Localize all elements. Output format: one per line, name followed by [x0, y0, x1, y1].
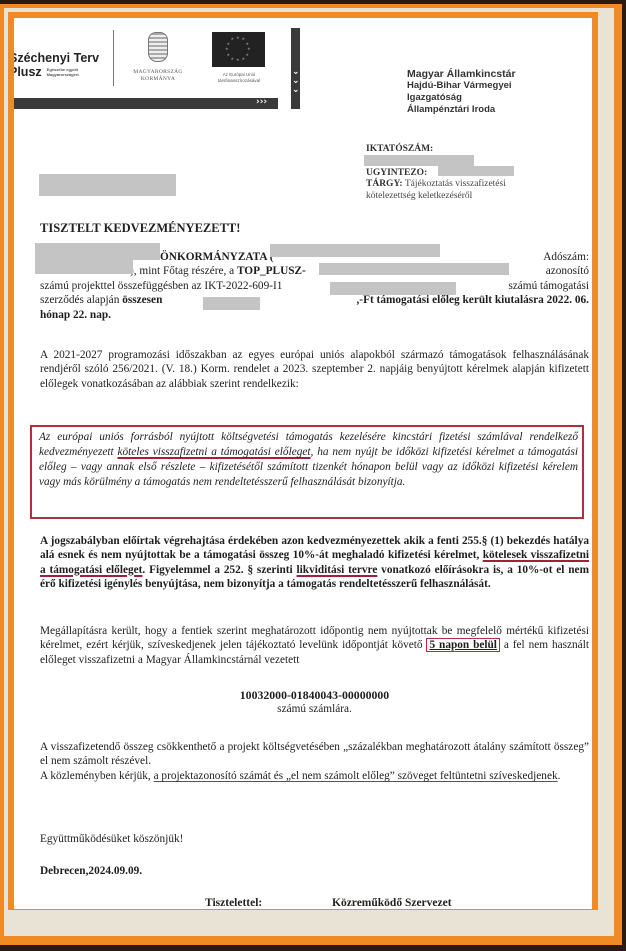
- intro-text-3: számú projekttel összefüggésben az IKT-2…: [40, 279, 282, 293]
- eu-star-icon: ★: [231, 37, 235, 41]
- redacted-tax-number: [35, 260, 133, 274]
- thanks-text: Együttműködésüket köszönjük!: [40, 832, 589, 846]
- redacted-recipient: [39, 174, 176, 196]
- header-bar: [14, 98, 278, 109]
- sender-line-4: Állampénztári Iroda: [407, 104, 516, 116]
- obligation-paragraph: A jogszabályban előírtak végrehajtása ér…: [40, 534, 589, 592]
- deadline-highlight: 5 napon belül: [426, 638, 499, 652]
- eu-line-2: társfinanszírozásával: [202, 78, 276, 84]
- eu-star-icon: ★: [246, 42, 250, 46]
- legal-basis-paragraph: A 2021-2027 programozási időszakban az e…: [40, 348, 589, 391]
- eu-star-icon: ★: [226, 53, 230, 57]
- eu-star-icon: ★: [247, 47, 251, 51]
- szechenyi-plusz: Plusz: [14, 65, 42, 79]
- eu-star-icon: ★: [226, 42, 230, 46]
- redacted-org-name: [270, 244, 440, 257]
- chevron-down-icon: ⌄⌄⌄: [292, 68, 300, 95]
- redacted-iktatoszam: [364, 155, 474, 166]
- letter-page: Széchenyi Terv Plusz Egészébe egyúlt Mag…: [14, 18, 592, 909]
- szechenyi-title: Széchenyi Terv: [14, 51, 99, 65]
- regulation-quote: Az európai uniós forrásból nyújtott költ…: [39, 430, 578, 490]
- obligation-highlight-2: likviditási tervre: [297, 564, 378, 576]
- targy-label: TÁRGY:: [366, 179, 403, 189]
- intro-total-label: összesen: [122, 294, 162, 306]
- eu-logo-text: Az Európai Unió társfinanszírozásával: [202, 72, 276, 84]
- signature-org: Közreműködő Szervezet: [332, 897, 452, 909]
- account-number: 10032000-01840043-00000000: [40, 688, 589, 702]
- quote-highlight: köteles visszafizetni a támogatási előle…: [118, 446, 311, 458]
- iktatoszam-label: IKTATÓSZÁM:: [366, 144, 433, 154]
- redacted-amount: [203, 297, 260, 310]
- sender-block: Magyar Államkincstár Hajdú-Bihar Vármegy…: [407, 68, 516, 116]
- intro-text-4: szerződés alapján: [40, 294, 122, 306]
- reference-text-b: .: [558, 770, 561, 782]
- gov-line-2: KORMÁNYA: [125, 76, 191, 83]
- sender-line-1: Magyar Államkincstár: [407, 68, 516, 80]
- chevron-right-icon: ›››: [256, 98, 267, 107]
- szechenyi-logo: Széchenyi Terv Plusz Egészébe egyúlt Mag…: [14, 51, 99, 79]
- sender-line-3: Igazgatóság: [407, 92, 516, 104]
- reference-highlight: a projektazonosító számát és „el nem szá…: [154, 770, 558, 782]
- government-logo-text: MAGYARORSZÁG KORMÁNYA: [125, 69, 191, 83]
- eu-star-icon: ★: [231, 57, 235, 61]
- repayment-paragraph: Megállapításra került, hogy a fentiek sz…: [40, 624, 589, 667]
- obligation-text-b: . Figyelemmel a 252. § szerinti: [142, 564, 296, 576]
- intro-project-id: TOP_PLUSZ-: [237, 265, 306, 277]
- redacted-contract-id: [330, 282, 456, 295]
- subject-line-1: Tájékoztatás visszafizetési: [405, 179, 506, 189]
- reduction-paragraph: A visszafizetendő összeg csökkenthető a …: [40, 740, 589, 769]
- intro-text-2: ), mint Főtag részére, a: [130, 265, 237, 277]
- frame-bottom-edge: [0, 945, 626, 951]
- place-date: Debrecen,2024.09.09.: [40, 864, 589, 878]
- reference-text-a: A közleményben kérjük,: [40, 770, 154, 782]
- gov-line-1: MAGYARORSZÁG: [125, 69, 191, 76]
- eu-star-icon: ★: [236, 36, 240, 40]
- eu-star-icon: ★: [236, 58, 240, 62]
- intro-tax-label: Adószám:: [543, 250, 589, 264]
- regulation-quote-box: Az európai uniós forrásból nyújtott költ…: [30, 425, 584, 519]
- ugyintezo-label: UGYINTEZO:: [366, 168, 427, 178]
- eu-star-icon: ★: [246, 53, 250, 57]
- szechenyi-tagline-2: Magyarországért: [47, 72, 79, 77]
- redacted-project-id: [319, 263, 509, 275]
- reference-note-paragraph: A közleményben kérjük, a projektazonosít…: [40, 769, 589, 783]
- intro-advance-text: ,-Ft támogatási előleg került kiutalásra…: [356, 293, 589, 307]
- redacted-municipality: [35, 243, 160, 260]
- eu-star-icon: ★: [242, 57, 246, 61]
- redacted-ugyintezo: [438, 166, 514, 176]
- intro-text-2-end: azonosító: [546, 264, 589, 278]
- account-suffix: számú számlára.: [40, 702, 589, 716]
- intro-text-3-end: számú támogatási: [508, 279, 589, 293]
- eu-star-icon: ★: [225, 47, 229, 51]
- logo-divider: [113, 30, 114, 86]
- subject-line-2: kötelezettség keletkezéséről: [366, 191, 566, 203]
- sender-line-2: Hajdú-Bihar Vármegyei: [407, 80, 516, 92]
- frame-top-edge: [0, 0, 626, 4]
- signature-greeting: Tisztelettel:: [205, 897, 262, 909]
- account-block: 10032000-01840043-00000000 számú számlár…: [40, 688, 589, 717]
- hungarian-crest-icon: [148, 32, 168, 62]
- intro-date-text: hónap 22. nap.: [40, 309, 111, 321]
- frame-right-edge: [622, 0, 626, 951]
- intro-org-type: ÖNKORMÁNYZATA (: [160, 251, 274, 263]
- salutation: TISZTELT KEDVEZMÉNYEZETT!: [40, 221, 240, 236]
